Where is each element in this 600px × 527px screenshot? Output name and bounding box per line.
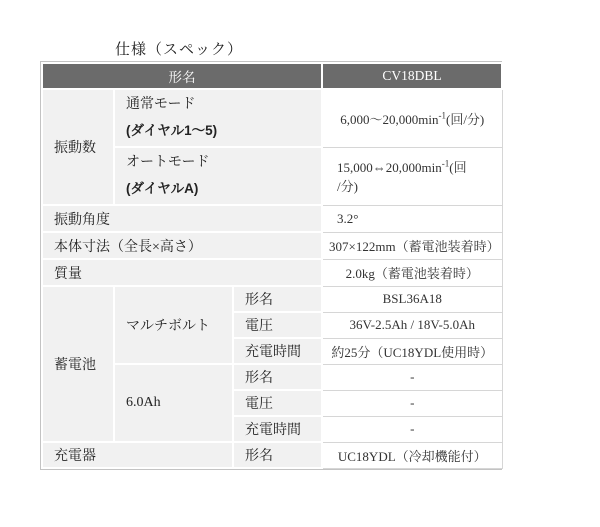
- spec-label-charger-model: 形名: [233, 442, 322, 468]
- spec-label-multivolt-charge-time: 充電時間: [233, 338, 322, 364]
- spec-value-normal-mode: 6,000～20,000min-1(回/分): [322, 89, 502, 147]
- spec-label-charger: 充電器: [42, 442, 233, 468]
- spec-label-battery: 蓄電池: [42, 286, 114, 442]
- spec-label-multivolt: マルチボルト: [114, 286, 233, 364]
- spec-label-6ah: 6.0Ah: [114, 364, 233, 442]
- table-row: 蓄電池 マルチボルト 形名 BSL36A18: [42, 286, 502, 312]
- spec-value-6ah-model: -: [322, 364, 502, 390]
- spec-label-multivolt-model: 形名: [233, 286, 322, 312]
- spec-value-charger-model: UC18YDL（冷却機能付）: [322, 442, 502, 468]
- mode-name: 通常モード: [126, 92, 315, 118]
- spec-label-6ah-voltage: 電圧: [233, 390, 322, 416]
- spec-value-6ah-voltage: -: [322, 390, 502, 416]
- spec-label-6ah-model: 形名: [233, 364, 322, 390]
- spec-label-6ah-charge-time: 充電時間: [233, 416, 322, 442]
- superscript-unit: -1: [438, 110, 446, 120]
- page-title: 仕様（スペック）: [115, 38, 243, 59]
- spec-value-weight: 2.0kg（蓄電池装着時）: [322, 259, 502, 286]
- table-row: 振動数 通常モード (ダイヤル1～5) 6,000～20,000min-1(回/…: [42, 89, 502, 147]
- spec-label-vibration-count: 振動数: [42, 89, 114, 205]
- spec-value-6ah-charge-time: -: [322, 416, 502, 442]
- spec-value-multivolt-charge-time: 約25分（UC18YDL使用時）: [322, 338, 502, 364]
- spec-value-vibration-angle: 3.2°: [322, 205, 502, 232]
- spec-label-weight: 質量: [42, 259, 322, 286]
- header-model-label: 形名: [42, 63, 322, 89]
- table-row: 振動角度 3.2°: [42, 205, 502, 232]
- spec-label-normal-mode: 通常モード (ダイヤル1～5): [114, 89, 322, 147]
- header-model-value: CV18DBL: [322, 63, 502, 89]
- table-header-row: 形名 CV18DBL: [42, 63, 502, 89]
- dial-range: (ダイヤル1～5): [126, 118, 315, 144]
- spec-label-multivolt-voltage: 電圧: [233, 312, 322, 338]
- spec-value-multivolt-voltage: 36V-2.5Ah / 18V-5.0Ah: [322, 312, 502, 338]
- spec-label-body-dimensions: 本体寸法（全長×高さ）: [42, 232, 322, 259]
- dial-range: (ダイヤルA): [126, 176, 315, 202]
- table-row: 本体寸法（全長×高さ） 307×122mm（蓄電池装着時）: [42, 232, 502, 259]
- table-row: 充電器 形名 UC18YDL（冷却機能付）: [42, 442, 502, 468]
- spec-value-auto-mode: 15,000⇔20,000min-1(回/分): [322, 147, 502, 205]
- spec-table: 形名 CV18DBL 振動数 通常モード (ダイヤル1～5) 6,000～20,…: [41, 62, 503, 469]
- spec-label-vibration-angle: 振動角度: [42, 205, 322, 232]
- spec-value-body-dimensions: 307×122mm（蓄電池装着時）: [322, 232, 502, 259]
- mode-name: オートモード: [126, 150, 315, 176]
- spec-page: 仕様（スペック） 形名 CV18DBL 振動数 通常モード (ダイヤル1～5): [0, 0, 600, 527]
- table-row: 質量 2.0kg（蓄電池装着時）: [42, 259, 502, 286]
- spec-value-multivolt-model: BSL36A18: [322, 286, 502, 312]
- spec-label-auto-mode: オートモード (ダイヤルA): [114, 147, 322, 205]
- spec-table-wrapper: 形名 CV18DBL 振動数 通常モード (ダイヤル1～5) 6,000～20,…: [40, 61, 502, 470]
